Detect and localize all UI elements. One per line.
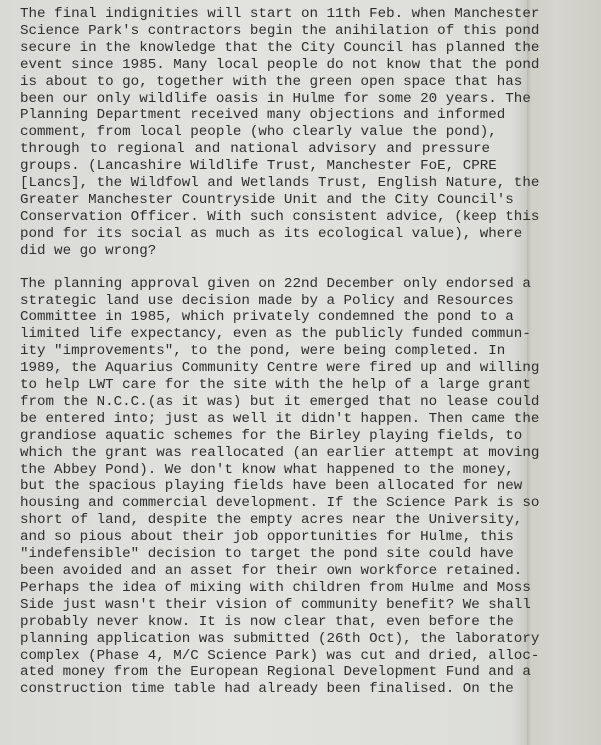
text-line: but the spacious playing fields have bee… xyxy=(20,478,490,495)
text-line: Planning Department received many object… xyxy=(20,107,490,124)
text-line: strategic land use decision made by a Po… xyxy=(20,293,490,310)
text-line: which the grant was reallocated (an earl… xyxy=(20,445,490,462)
text-line: is about to go, together with the green … xyxy=(20,74,490,91)
text-line: "indefensible" decision to target the po… xyxy=(20,546,490,563)
text-line: short of land, despite the empty acres n… xyxy=(20,512,490,529)
text-line: The planning approval given on 22nd Dece… xyxy=(20,276,490,293)
text-line: did we go wrong? xyxy=(20,243,490,260)
text-line: grandiose aquatic schemes for the Birley… xyxy=(20,428,490,445)
text-line: Perhaps the idea of mixing with children… xyxy=(20,580,490,597)
text-line: ated money from the European Regional De… xyxy=(20,664,490,681)
text-line: 1989, the Aquarius Community Centre were… xyxy=(20,360,490,377)
text-line: be entered into; just as well it didn't … xyxy=(20,411,490,428)
text-line: secure in the knowledge that the City Co… xyxy=(20,40,490,57)
text-line: event since 1985. Many local people do n… xyxy=(20,57,490,74)
paragraph-pond-indignities: The final indignities will start on 11th… xyxy=(20,6,490,260)
text-line: probably never know. It is now clear tha… xyxy=(20,614,490,631)
text-line: to help LWT care for the site with the h… xyxy=(20,377,490,394)
text-line: Committee in 1985, which privately conde… xyxy=(20,309,490,326)
text-line: the Abbey Pond). We don't know what happ… xyxy=(20,462,490,479)
text-line: comment, from local people (who clearly … xyxy=(20,124,490,141)
text-line: from the N.C.C.(as it was) but it emerge… xyxy=(20,394,490,411)
text-line: and so pious about their job opportuniti… xyxy=(20,529,490,546)
text-line: Conservation Officer. With such consiste… xyxy=(20,209,490,226)
text-line: Greater Manchester Countryside Unit and … xyxy=(20,192,490,209)
text-line: Science Park's contractors begin the ani… xyxy=(20,23,490,40)
text-line: construction time table had already been… xyxy=(20,681,490,698)
text-line: The final indignities will start on 11th… xyxy=(20,6,490,23)
text-line: been avoided and an asset for their own … xyxy=(20,563,490,580)
text-line: Side just wasn't their vision of communi… xyxy=(20,597,490,614)
paragraph-planning-approval: The planning approval given on 22nd Dece… xyxy=(20,276,490,699)
text-line: through to regional and national advisor… xyxy=(20,141,490,158)
text-line: been our only wildlife oasis in Hulme fo… xyxy=(20,91,490,108)
text-line: pond for its social as much as its ecolo… xyxy=(20,226,490,243)
document-body: The final indignities will start on 11th… xyxy=(20,6,490,714)
text-line: limited life expectancy, even as the pub… xyxy=(20,326,490,343)
text-line: groups. (Lancashire Wildlife Trust, Manc… xyxy=(20,158,490,175)
text-line: ity "improvements", to the pond, were be… xyxy=(20,343,490,360)
text-line: planning application was submitted (26th… xyxy=(20,631,490,648)
text-line: housing and commercial development. If t… xyxy=(20,495,490,512)
text-line: [Lancs], the Wildfowl and Wetlands Trust… xyxy=(20,175,490,192)
text-line: complex (Phase 4, M/C Science Park) was … xyxy=(20,648,490,665)
